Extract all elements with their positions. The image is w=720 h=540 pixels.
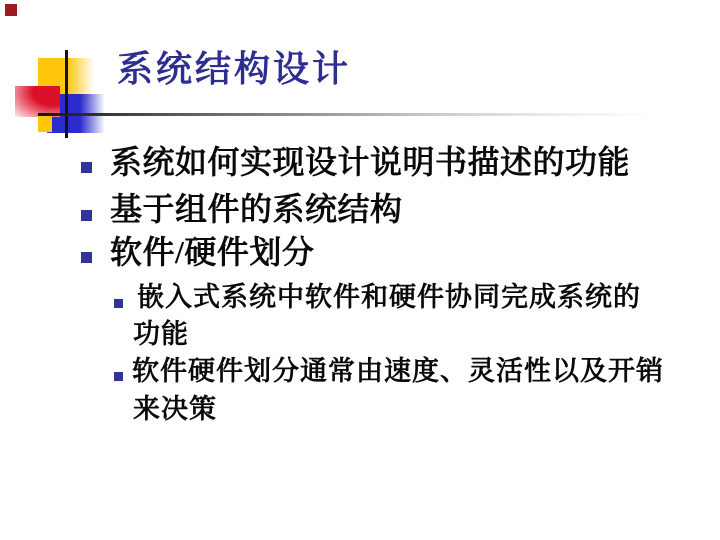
slide-canvas: 系统结构设计 系统如何实现设计说明书描述的功能 基于组件的系统结构 软件/硬件划… (0, 0, 720, 540)
bullet-square-icon (81, 252, 92, 263)
title-underline-rule (38, 113, 670, 116)
bullet-item-text: 软件/硬件划分 (110, 236, 314, 268)
bullet-square-icon (81, 210, 92, 221)
bullet-item-text: 基于组件的系统结构 (110, 193, 403, 225)
bullet-item-text: 系统如何实现设计说明书描述的功能 (110, 146, 630, 178)
sub-bullet-item-text-wrap: 来决策 (133, 396, 217, 423)
sub-bullet-square-icon (114, 299, 123, 308)
slide-title: 系统结构设计 (117, 51, 351, 87)
sub-bullet-square-icon (114, 372, 123, 381)
sub-bullet-item-text: 嵌入式系统中软件和硬件协同完成系统的 (137, 284, 641, 311)
bullet-square-icon (81, 162, 92, 173)
small-yellow-square-icon (38, 116, 52, 132)
sub-bullet-item-text: 软件硬件划分通常由速度、灵活性以及开销 (132, 358, 664, 385)
sub-bullet-item-text-wrap: 功能 (133, 321, 189, 348)
vertical-line (65, 50, 68, 138)
corner-red-square-icon (5, 4, 17, 16)
